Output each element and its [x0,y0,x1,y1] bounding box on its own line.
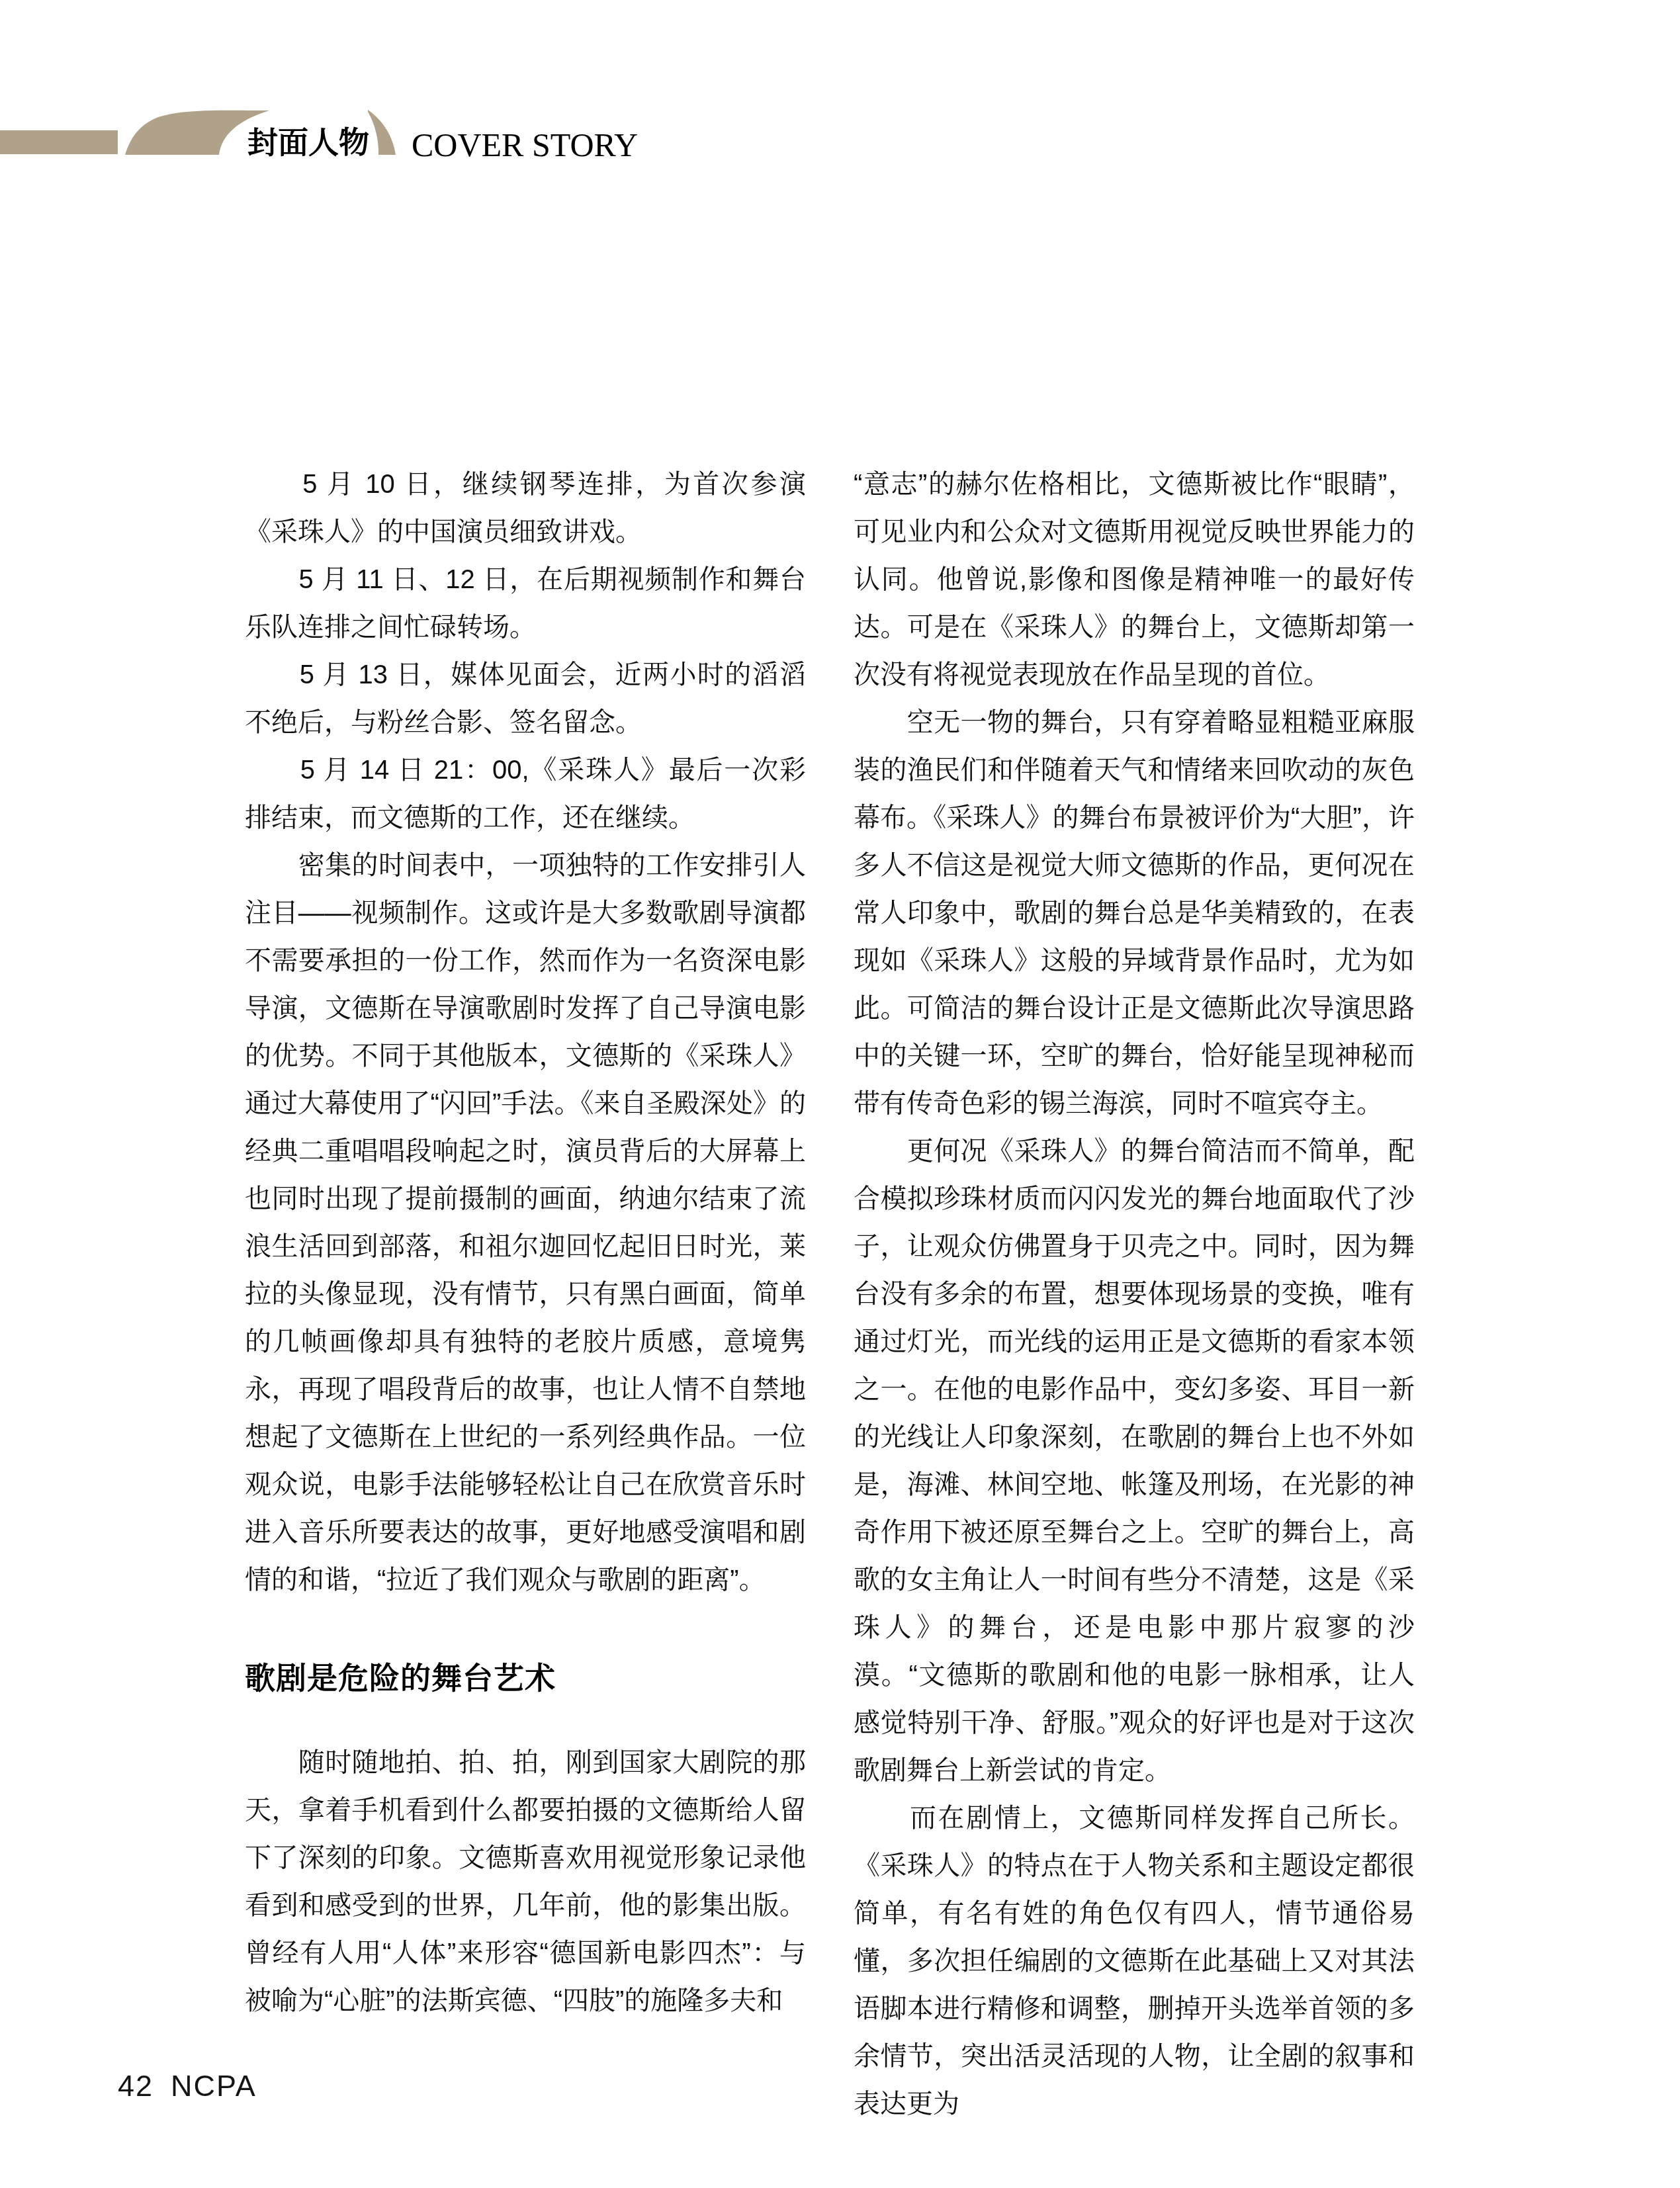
magazine-brand: NCPA [171,2069,257,2103]
header-accent-bar [0,130,118,154]
body-paragraph: 5 月 11 日、12 日，在后期视频制作和舞台乐队连排之间忙碌转场。 [245,556,806,651]
body-paragraph: 5 月 10 日，继续钢琴连排，为首次参演《采珠人》的中国演员细致讲戏。 [245,460,806,556]
section-subheading: 歌剧是危险的舞台艺术 [245,1654,806,1702]
magazine-page: 封面人物 COVER STORY 5 月 10 日，继续钢琴连排，为首次参演《采… [0,0,1680,2188]
article-column-left: 5 月 10 日，继续钢琴连排，为首次参演《采珠人》的中国演员细致讲戏。 5 月… [245,460,806,2025]
body-paragraph: 空无一物的舞台，只有穿着略显粗糙亚麻服装的渔民们和伴随着天气和情绪来回吹动的灰色… [854,699,1415,1127]
body-paragraph: 5 月 14 日 21：00,《采珠人》最后一次彩排结束，而文德斯的工作，还在继… [245,746,806,842]
body-paragraph: 5 月 13 日，媒体见面会，近两小时的滔滔不绝后，与粉丝合影、签名留念。 [245,651,806,746]
page-number: 42 [118,2069,154,2103]
body-paragraph: “意志”的赫尔佐格相比，文德斯被比作“眼睛”，可见业内和公众对文德斯用视觉反映世… [854,460,1415,699]
body-paragraph: 随时随地拍、拍、拍，刚到国家大剧院的那天，拿着手机看到什么都要拍摄的文德斯给人留… [245,1739,806,2025]
header-swoosh-graphic [368,110,401,155]
section-title-en: COVER STORY [412,128,638,161]
article-column-right: “意志”的赫尔佐格相比，文德斯被比作“眼睛”，可见业内和公众对文德斯用视觉反映世… [854,460,1415,2128]
body-paragraph: 更何况《采珠人》的舞台简洁而不简单，配合模拟珍珠材质而闪闪发光的舞台地面取代了沙… [854,1127,1415,1794]
body-paragraph: 而在剧情上，文德斯同样发挥自己所长。《采珠人》的特点在于人物关系和主题设定都很简… [854,1794,1415,2128]
section-title-zh: 封面人物 [247,127,369,157]
body-paragraph: 密集的时间表中，一项独特的工作安排引人注目——视频制作。这或许是大多数歌剧导演都… [245,842,806,1604]
page-footer: 42NCPA [118,2071,257,2101]
